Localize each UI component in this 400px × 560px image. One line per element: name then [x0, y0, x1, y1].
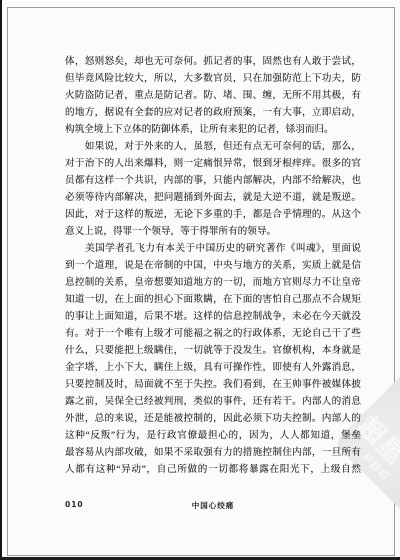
body-text-line: 的地方，据说有全套的应对记者的政府预案，一有大事，立即启动， [65, 104, 361, 121]
running-title: 中国心绞痛 [65, 500, 361, 511]
body-text-line: 人都有这种“异动”，自己所做的一切都将暴露在阳光下，上级自然 [65, 461, 361, 478]
body-text-line: 知道一切，在上面的担心下面欺瞒，在下面的害怕自己那点不合规矩 [65, 291, 361, 308]
body-text-line: 火防盗防记者，重点是防记者。防、堵、围、缠，无所不用其极，有 [65, 87, 361, 104]
body-text-line: 息控制的关系，皇帝想要知道地方的一切，而地方官则尽力不让皇帝 [65, 274, 361, 291]
body-text-line: 如果说，对于外来的人，虽怒，但还有点无可奈何的话，那么， [65, 138, 361, 155]
body-text-line: 最容易从内部攻破，如果不采取强有力的措施控制住内部，一旦所有 [65, 444, 361, 461]
body-text-line: 必须等待内部解决，把问题捅到外面去，就是大逆不道，就是叛逆。 [65, 189, 361, 206]
page-edge-left [0, 0, 2, 560]
body-text-line: 金字塔，上小下大，瞒住上级，具有可操作性，即使有人外露消息， [65, 359, 361, 376]
book-page: 超星 PDG 体，怒则怒矣，却也无可奈何。抓记者的事，固然也有人敢于尝试， 但毕… [0, 0, 400, 560]
body-text-line: 什么，只要能把上级瞒住，一切就等于没发生。官僚机构，本身就是 [65, 342, 361, 359]
body-text-line: 员都有这样一个共识，内部的事，只能内部解决，内部不给解决，也 [65, 172, 361, 189]
body-text-line: 美国学者孔飞力有本关于中国历史的研究著作《叫魂》，里面说 [65, 240, 361, 257]
body-text-line: 外泄，总的来说，还是能被控制的，因此必须下功夫控制。内部人的 [65, 410, 361, 427]
body-text-line: 但毕竟风险比较大，所以，大多数官员，只在加强防范上下功夫，防 [65, 70, 361, 87]
body-text-line: 意义上说，得罪一个领导，等于得罪所有的领导。 [65, 223, 361, 240]
body-text-line: 对于治下的人出来爆料，则一定痛恨异常，恨到牙根痒痒。很多的官 [65, 155, 361, 172]
body-text-line: 体，怒则怒矣，却也无可奈何。抓记者的事，固然也有人敢于尝试， [65, 53, 361, 70]
body-text-line: 露之前，吴保全已经被判刑，类似的事件，还有若干。内部人的消息 [65, 393, 361, 410]
body-text-line: 只要控制及时，局面就不至于失控。我们看到，在王帅事件被媒体披 [65, 376, 361, 393]
body-text-line: 这种“反叛”行为，是行政官僚最担心的，因为，人人都知道，堡垒 [65, 427, 361, 444]
body-text: 体，怒则怒矣，却也无可奈何。抓记者的事，固然也有人敢于尝试， 但毕竟风险比较大，… [65, 53, 361, 478]
body-text-line: 因此，对于这样的叛逆，无论下多重的手，都是合乎情理的。从这个 [65, 206, 361, 223]
body-text-line: 的事让上面知道，后果不堪。这样的信息控制战争，未必在今天就没 [65, 308, 361, 325]
body-text-line: 到一个道理，说是在帝制的中国，中央与地方的关系，实质上就是信 [65, 257, 361, 274]
body-text-line: 有。对于一个唯有上级才可能福之祸之的行政体系，无论自己干了些 [65, 325, 361, 342]
body-text-line: 构筑全境上下立体的防御体系，让所有来犯的记者，铩羽而归。 [65, 121, 361, 138]
